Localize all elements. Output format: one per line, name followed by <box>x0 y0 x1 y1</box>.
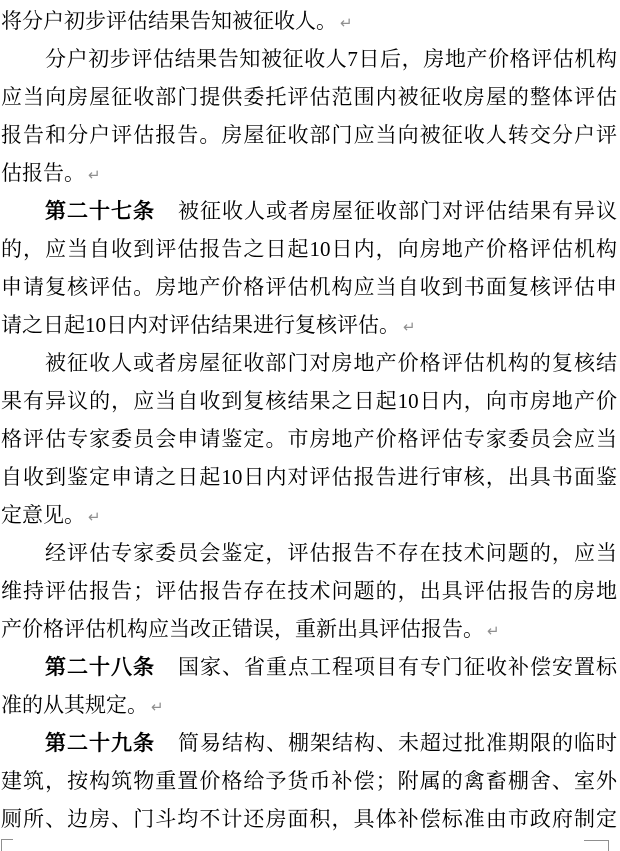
text-line: 定意见。↵ <box>1 496 617 534</box>
text-line: 厕所、边房、门斗均不计还房面积，具体补偿标准由市政府制定 <box>1 800 617 838</box>
line-text: 被征收人或者房屋征收部门对评估结果有异议 <box>178 199 617 223</box>
text-line: 自收到鉴定申请之日起10日内对评估报告进行审核，出具书面鉴 <box>1 458 617 496</box>
article-number: 第二十九条 <box>45 731 155 755</box>
line-text: 产价格评估机构应当改正错误，重新出具评估报告。 <box>1 617 484 641</box>
paragraph-mark-icon: ↵ <box>340 14 353 32</box>
article-number: 第二十七条 <box>45 199 155 223</box>
paragraph-mark-icon: ↵ <box>487 622 500 640</box>
paragraph-mark-icon: ↵ <box>403 318 416 336</box>
line-text: 被征收人或者房屋征收部门对房地产价格评估机构的复核结 <box>45 351 617 375</box>
line-text: 经评估专家委员会鉴定，评估报告不存在技术问题的，应当 <box>45 541 617 565</box>
text-line: 准的从其规定。↵ <box>1 686 617 724</box>
paragraph-mark-icon: ↵ <box>151 698 164 716</box>
text-line: 第二十八条国家、省重点工程项目有专门征收补偿安置标 <box>1 648 617 686</box>
line-text: 维持评估报告；评估报告存在技术问题的，出具评估报告的房地 <box>1 579 617 603</box>
line-text: 的，应当自收到评估报告之日起10日内，向房地产价格评估机构 <box>1 237 617 261</box>
text-boundary-mark-bottom-left <box>1 839 13 851</box>
text-line: 请之日起10日内对评估结果进行复核评估。↵ <box>1 306 617 344</box>
line-text: 格评估专家委员会申请鉴定。市房地产价格评估专家委员会应当 <box>1 427 617 451</box>
line-text: 申请复核评估。房地产价格评估机构应当自收到书面复核评估申 <box>1 275 617 299</box>
line-text: 厕所、边房、门斗均不计还房面积，具体补偿标准由市政府制定 <box>1 807 617 831</box>
text-line: 应当向房屋征收部门提供委托评估范围内被征收房屋的整体评估 <box>1 78 617 116</box>
line-text: 国家、省重点工程项目有专门征收补偿安置标 <box>178 655 617 679</box>
text-line: 产价格评估机构应当改正错误，重新出具评估报告。↵ <box>1 610 617 648</box>
document-body: 将分户初步评估结果告知被征收人。↵ 分户初步评估结果告知被征收人7日后，房地产价… <box>1 2 617 838</box>
line-text: 报告和分户评估报告。房屋征收部门应当向被征收人转交分户评 <box>1 123 617 147</box>
line-text: 请之日起10日内对评估结果进行复核评估。 <box>1 313 400 337</box>
paragraph-mark-icon: ↵ <box>88 166 101 184</box>
line-text: 分户初步评估结果告知被征收人7日后，房地产价格评估机构 <box>45 47 617 71</box>
text-line: 经评估专家委员会鉴定，评估报告不存在技术问题的，应当 <box>1 534 617 572</box>
line-text: 自收到鉴定申请之日起10日内对评估报告进行审核，出具书面鉴 <box>1 465 617 489</box>
text-line: 第二十九条简易结构、棚架结构、未超过批准期限的临时 <box>1 724 617 762</box>
line-text: 定意见。 <box>1 503 85 527</box>
line-text: 应当向房屋征收部门提供委托评估范围内被征收房屋的整体评估 <box>1 85 617 109</box>
text-line: 维持评估报告；评估报告存在技术问题的，出具评估报告的房地 <box>1 572 617 610</box>
text-line: 果有异议的，应当自收到复核结果之日起10日内，向市房地产价 <box>1 382 617 420</box>
text-boundary-mark-bottom-right <box>584 840 609 851</box>
text-line: 将分户初步评估结果告知被征收人。↵ <box>1 2 617 40</box>
line-text: 果有异议的，应当自收到复核结果之日起10日内，向市房地产价 <box>1 389 617 413</box>
text-line: 被征收人或者房屋征收部门对房地产价格评估机构的复核结 <box>1 344 617 382</box>
article-number: 第二十八条 <box>45 655 155 679</box>
text-line: 第二十七条被征收人或者房屋征收部门对评估结果有异议 <box>1 192 617 230</box>
text-line: 申请复核评估。房地产价格评估机构应当自收到书面复核评估申 <box>1 268 617 306</box>
text-line: 报告和分户评估报告。房屋征收部门应当向被征收人转交分户评 <box>1 116 617 154</box>
text-line: 的，应当自收到评估报告之日起10日内，向房地产价格评估机构 <box>1 230 617 268</box>
text-line: 分户初步评估结果告知被征收人7日后，房地产价格评估机构 <box>1 40 617 78</box>
text-line: 建筑，按构筑物重置价格给予货币补偿；附属的禽畜棚舍、室外 <box>1 762 617 800</box>
line-text: 将分户初步评估结果告知被征收人。 <box>1 9 337 33</box>
document-page: 将分户初步评估结果告知被征收人。↵ 分户初步评估结果告知被征收人7日后，房地产价… <box>0 0 620 851</box>
text-line: 估报告。↵ <box>1 154 617 192</box>
text-line: 格评估专家委员会申请鉴定。市房地产价格评估专家委员会应当 <box>1 420 617 458</box>
line-text: 建筑，按构筑物重置价格给予货币补偿；附属的禽畜棚舍、室外 <box>1 769 617 793</box>
line-text: 准的从其规定。 <box>1 693 148 717</box>
line-text: 简易结构、棚架结构、未超过批准期限的临时 <box>178 731 617 755</box>
paragraph-mark-icon: ↵ <box>88 508 101 526</box>
line-text: 估报告。 <box>1 161 85 185</box>
